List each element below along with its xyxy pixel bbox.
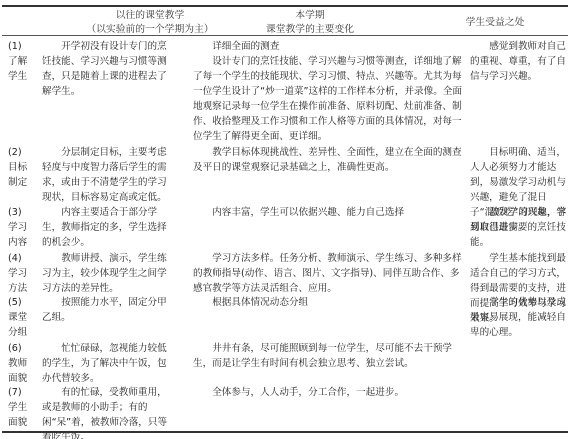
header-semester-title: 本学期: [220, 9, 400, 23]
previous-cell: 忙忙碌碌，忽视能力较低的学生，为了解决中午饭，包办代替较多。: [42, 341, 170, 386]
row-label-line: 内容: [8, 235, 38, 250]
header-this-semester: 本学期 课堂教学的主要变化: [220, 9, 400, 37]
row-number: (6): [8, 341, 38, 356]
change-cell: 详细全面的测查 设计专门的烹饪技能、学习兴趣与习惯等测查，详细地了解了每一个学生…: [193, 39, 463, 144]
row-label: (1) 了解 学生: [8, 39, 38, 84]
row-number: (1): [8, 39, 38, 54]
row-number: (4): [8, 251, 38, 266]
row-label-line: 学习: [8, 220, 38, 235]
table-top-rule: [2, 5, 568, 7]
header-previous-teaching: 以往的课堂教学 （以实验前的一个学期为主）: [60, 9, 240, 37]
previous-cell: 按照能力水平，固定分甲乙组。: [42, 295, 170, 325]
previous-cell: 分层制定目标，主要考虑轻度与中度智力落后学生的需求，或由于不清楚学生的学习现状，…: [42, 145, 170, 205]
row-number: (5): [8, 295, 38, 310]
header-previous-title: 以往的课堂教学: [60, 9, 240, 23]
previous-cell: 内容主要适合于部分学生，教师指定的多，学生选择的机会少。: [42, 205, 170, 250]
row-label-line: 学习: [8, 266, 38, 281]
benefit-cell: 学生的优势以及成果容易展现，能减轻自卑的心理。: [470, 295, 568, 340]
row-label: (2) 目标 制定: [8, 145, 38, 190]
row-label-line: 了解: [8, 54, 38, 69]
row-label-line: 方法: [8, 281, 38, 296]
change-cell: 教学目标体现挑战性、差异性、全面性，建立在全面的测查及平日的课堂观察记录基础之上…: [193, 145, 463, 175]
row-label-line: 目标: [8, 160, 38, 175]
benefit-cell: 感觉到教师对自己的重视、尊重，有了自信与学习兴趣。: [470, 39, 568, 84]
row-label: (7) 学生 面貌: [8, 385, 38, 430]
change-cell: 学习方法多样。任务分析、教师演示、学生练习、多种多样的教师指导(动作、语言、图片…: [193, 251, 463, 296]
change-cell: 全体参与，人人动手，分工合作，一起进步。: [193, 385, 463, 400]
header-rule: [2, 35, 568, 36]
row-label-line: 学生: [8, 69, 38, 84]
row-label-line: 面貌: [8, 415, 38, 430]
row-number: (7): [8, 385, 38, 400]
change-title: 详细全面的测查: [193, 39, 463, 54]
row-label: (6) 教师 面貌: [8, 341, 38, 386]
previous-cell: 开学初没有设计专门的烹饪技能、学习兴趣与习惯等测查，只是随着上课的进程去了解学生…: [42, 39, 170, 99]
row-label-line: 制定: [8, 175, 38, 190]
row-label-line: 分组: [8, 325, 38, 340]
change-cell: 根据具体情况动态分组: [193, 295, 463, 310]
row-label-line: 面貌: [8, 371, 38, 386]
table-bottom-rule: [2, 431, 568, 433]
row-label: (4) 学习 方法: [8, 251, 38, 296]
row-number: (2): [8, 145, 38, 160]
row-label-line: 教师: [8, 356, 38, 371]
row-label: (3) 学习 内容: [8, 205, 38, 250]
header-student-benefits: 学生受益之处: [420, 16, 570, 30]
benefit-cell: 激发学习兴趣，学到自己最需要的烹饪技能。: [470, 205, 568, 250]
change-cell: 内容丰富，学生可以依据兴趣、能力自己选择: [193, 205, 463, 220]
change-cell: 井井有条，尽可能照顾到每一位学生，尽可能不去干预学生，而是让学生有时间有机会独立…: [193, 341, 463, 371]
previous-cell: 教师讲授、演示，学生练习为主，较少体现学生之间学习方法的差异性。: [42, 251, 170, 296]
change-text: 设计专门的烹饪技能、学习兴趣与习惯等测查，详细地了解了每一个学生的技能现状、学习…: [193, 54, 463, 144]
row-label: (5) 课堂 分组: [8, 295, 38, 340]
row-number: (3): [8, 205, 38, 220]
row-label-line: 学生: [8, 400, 38, 415]
row-label-line: 课堂: [8, 310, 38, 325]
